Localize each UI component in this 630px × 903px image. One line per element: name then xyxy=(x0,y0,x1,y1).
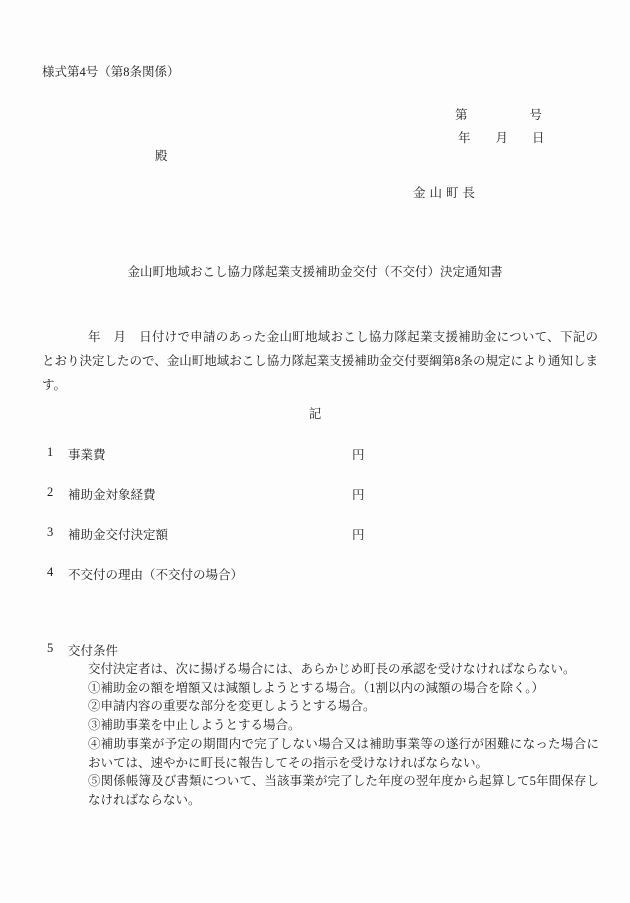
date-month-label: 月 xyxy=(496,131,509,145)
date-day-blank-field xyxy=(508,141,532,142)
item-number: 3 xyxy=(47,525,53,540)
item-row-nongrant-reason: 4 不交付の理由（不交付の場合） xyxy=(42,565,598,582)
date-line: 年月日 xyxy=(458,128,545,146)
date-year-label: 年 xyxy=(458,131,471,145)
document-number-suffix: 号 xyxy=(530,108,543,122)
date-month-blank-field xyxy=(471,141,496,142)
item-number: 2 xyxy=(47,485,53,500)
conditions-section: 5 交付条件 交付決定者は、次に揚げる場合には、あらかじめ町長の承認を受けなけれ… xyxy=(42,641,598,810)
item-unit-yen: 円 xyxy=(352,485,365,503)
item-row-grant-decision-amount: 3 補助金交付決定額 円 xyxy=(42,525,598,542)
document-number-line: 第号 xyxy=(455,105,542,123)
item-label: 補助金交付決定額 xyxy=(68,525,168,543)
document-number-blank-field xyxy=(468,118,530,119)
form-style-label: 様式第4号（第8条関係） xyxy=(42,62,180,80)
document-title: 金山町地域おこし協力隊起業支援補助金交付（不交付）決定通知書 xyxy=(0,262,630,280)
item-unit-yen: 円 xyxy=(352,525,365,543)
condition-clause-4: ④補助事業が予定の期間内で完了しない場合又は補助事業等の遂行が困難になった場合に… xyxy=(88,735,599,772)
sender-name: 金山町長 xyxy=(413,183,479,201)
item-label: 補助金対象経費 xyxy=(68,485,156,503)
body-paragraph: 年 月 日付けで申請のあった金山町地域おこし協力隊起業支援補助金について、下記の… xyxy=(42,325,598,397)
conditions-title: 交付条件 xyxy=(68,641,118,659)
condition-clause-3: ③補助事業を中止しようとする場合。 xyxy=(88,716,599,735)
notification-document-page: 様式第4号（第8条関係） 第号 年月日 殿 金山町長 金山町地域おこし協力隊起業… xyxy=(0,0,630,903)
condition-clause-2: ②申請内容の重要な部分を変更しようとする場合。 xyxy=(88,697,599,716)
item-label: 事業費 xyxy=(68,445,106,463)
condition-clause-1: ①補助金の額を増額又は減額しようとする場合。（1割以内の減額の場合を除く。） xyxy=(88,679,599,698)
item-label: 不交付の理由（不交付の場合） xyxy=(68,565,243,583)
item-unit-yen: 円 xyxy=(352,445,365,463)
item-number: 1 xyxy=(47,445,53,460)
conditions-heading: 5 交付条件 xyxy=(42,641,598,660)
addressee-honorific: 殿 xyxy=(155,146,168,164)
item-number: 4 xyxy=(47,565,53,580)
record-marker: 記 xyxy=(0,404,630,422)
item-number: 5 xyxy=(47,641,53,656)
item-row-eligible-expenses: 2 補助金対象経費 円 xyxy=(42,485,598,502)
conditions-intro: 交付決定者は、次に揚げる場合には、あらかじめ町長の承認を受けなければならない。 xyxy=(88,660,599,679)
date-day-label: 日 xyxy=(532,131,545,145)
document-number-prefix: 第 xyxy=(455,108,468,122)
item-row-project-cost: 1 事業費 円 xyxy=(42,445,598,462)
conditions-body: 交付決定者は、次に揚げる場合には、あらかじめ町長の承認を受けなければならない。 … xyxy=(88,660,599,810)
condition-clause-5: ⑤関係帳簿及び書類について、当該事業が完了した年度の翌年度から起算して5年間保存… xyxy=(88,772,599,809)
